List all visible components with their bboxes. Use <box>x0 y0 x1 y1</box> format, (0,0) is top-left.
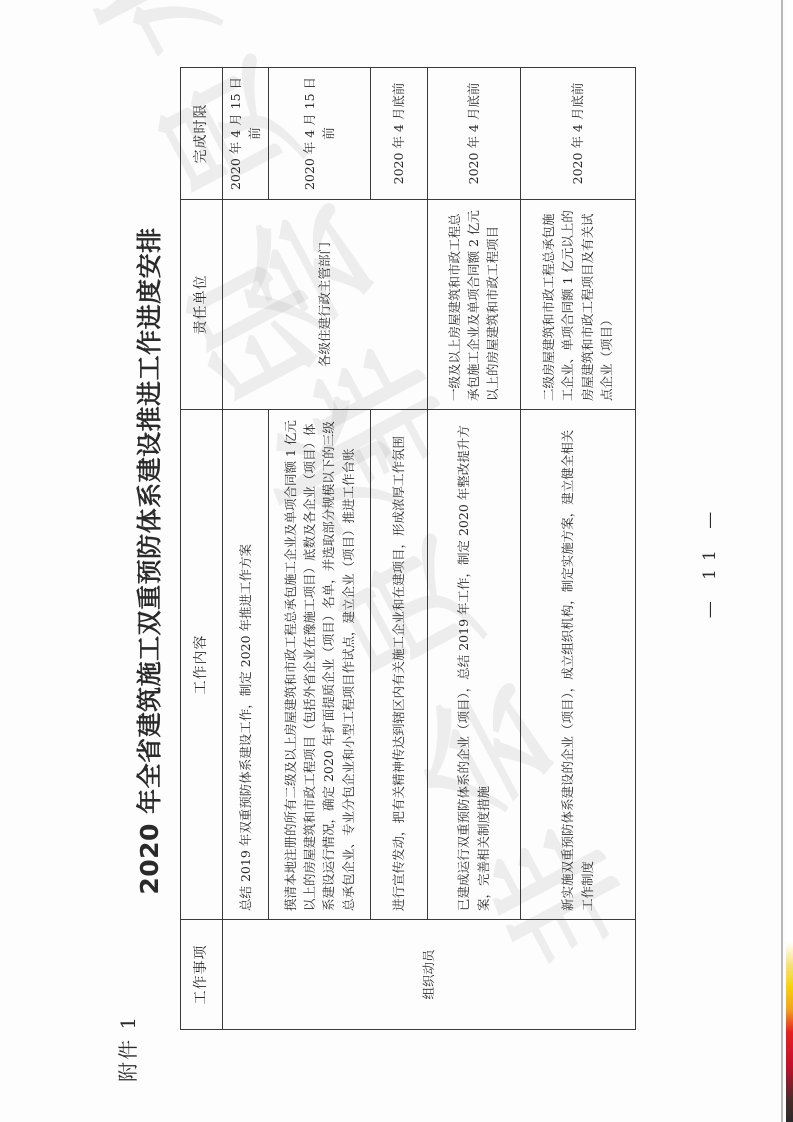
content-cell: 已建成运行双重预防体系的企业（项目），总结 2019 年工作，制定 2020 年… <box>427 410 520 920</box>
page-edge-line <box>781 0 783 1122</box>
scan-color-strip <box>786 0 793 1122</box>
header-responsible: 责任单位 <box>181 200 223 410</box>
page-number: — 11 — <box>700 0 720 1122</box>
group-cell: 组织动员 <box>223 920 636 1030</box>
page-title: 2020 年全省建筑施工双重预防体系建设推进工作进度安排 <box>130 0 166 1122</box>
deadline-cell: 2020 年 4 月底前 <box>427 68 520 200</box>
content-cell: 总结 2019 年双重预防体系建设工作，制定 2020 年推进工作方案 <box>223 410 269 920</box>
responsible-cell: 二级房屋建筑和市政工程总承包施工企业、单项合同额 1 亿元以上的房屋建筑和市政工… <box>520 200 635 410</box>
deadline-cell: 2020 年 4 月底前 <box>520 68 635 200</box>
deadline-cell: 2020 年 4 月 15 日前 <box>268 68 370 200</box>
deadline-cell: 2020 年 4 月 15 日前 <box>223 68 269 200</box>
content-cell: 摸清本地注册的所有二级及以上房屋建筑和市政工程总承包施工企业及单项合同额 1 亿… <box>268 410 370 920</box>
deadline-cell: 2020 年 4 月底前 <box>370 68 427 200</box>
document-page: 非会员水印 非会员水印 附件 1 2020 年全省建筑施工双重预防体系建设推进工… <box>0 0 793 1122</box>
table-row: 新实施双重预防体系建设的企业（项目），成立组织机构，制定实施方案，建立健全相关工… <box>520 68 635 1030</box>
content-cell: 进行宣传发动，把有关精神传达到辖区内有关施工企业和在建项目，形成浓厚工作氛围 <box>370 410 427 920</box>
rotated-landscape-sheet: 非会员水印 非会员水印 附件 1 2020 年全省建筑施工双重预防体系建设推进工… <box>0 0 793 1122</box>
schedule-table: 工作事项 工作内容 责任单位 完成时限 组织动员 总结 2019 年双重预防体系… <box>180 67 636 1030</box>
table-header-row: 工作事项 工作内容 责任单位 完成时限 <box>181 68 223 1030</box>
header-content: 工作内容 <box>181 410 223 920</box>
content-cell: 新实施双重预防体系建设的企业（项目），成立组织机构，制定实施方案，建立健全相关工… <box>520 410 635 920</box>
header-deadline: 完成时限 <box>181 68 223 200</box>
table-row: 组织动员 总结 2019 年双重预防体系建设工作，制定 2020 年推进工作方案… <box>223 68 269 1030</box>
responsible-cell: 各级住建行政主管部门 <box>223 200 428 410</box>
header-item: 工作事项 <box>181 920 223 1030</box>
table-row: 已建成运行双重预防体系的企业（项目），总结 2019 年工作，制定 2020 年… <box>427 68 520 1030</box>
responsible-cell: 一级及以上房屋建筑和市政工程总承包施工企业及单项合同额 2 亿元以上的房屋建筑和… <box>427 200 520 410</box>
